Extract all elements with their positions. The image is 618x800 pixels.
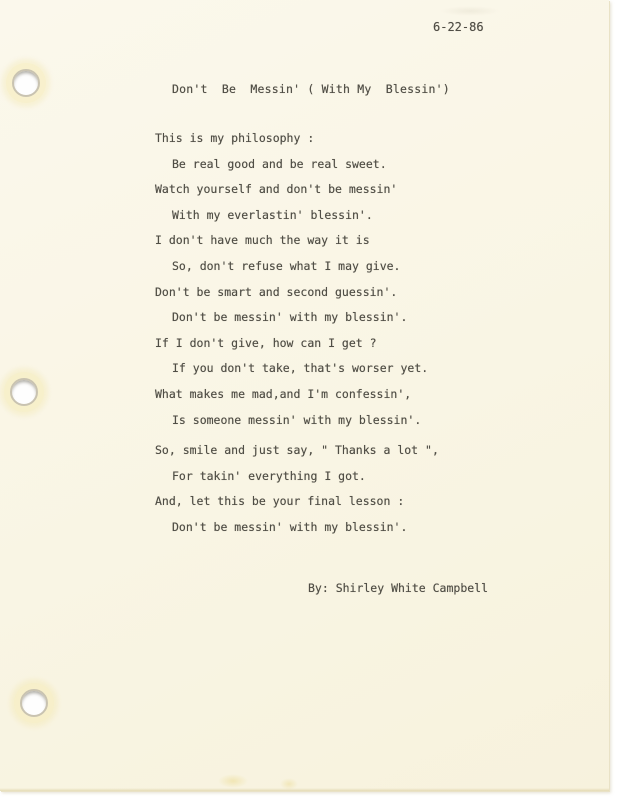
poem-line: Don't be messin' with my blessin'. xyxy=(155,305,439,331)
poem-line: Watch yourself and don't be messin' xyxy=(155,177,439,203)
poem-title: Don't Be Messin' ( With My Blessin') xyxy=(172,82,450,96)
poem-line: For takin' everything I got. xyxy=(155,464,439,490)
poem-line: Don't be messin' with my blessin'. xyxy=(155,515,439,541)
poem-line: If you don't take, that's worser yet. xyxy=(155,356,439,382)
stain-mark xyxy=(218,774,248,788)
stain-mark xyxy=(280,778,298,790)
poem-line: I don't have much the way it is xyxy=(155,228,439,254)
smudge-mark xyxy=(440,6,500,16)
punch-hole-bottom xyxy=(20,689,48,717)
poem-line: If I don't give, how can I get ? xyxy=(155,331,439,357)
punch-hole-middle xyxy=(10,378,38,406)
poem-line: So, smile and just say, " Thanks a lot "… xyxy=(155,438,439,464)
poem-line: So, don't refuse what I may give. xyxy=(155,254,439,280)
author-byline: By: Shirley White Campbell xyxy=(308,581,488,595)
poem-line: Be real good and be real sweet. xyxy=(155,152,439,178)
scanned-page-background: 6-22-86 Don't Be Messin' ( With My Bless… xyxy=(0,0,618,800)
poem-line: This is my philosophy : xyxy=(155,126,439,152)
poem-line: What makes me mad,and I'm confessin', xyxy=(155,382,439,408)
poem-line: Don't be smart and second guessin'. xyxy=(155,280,439,306)
poem-line: Is someone messin' with my blessin'. xyxy=(155,408,439,434)
paper-sheet: 6-22-86 Don't Be Messin' ( With My Bless… xyxy=(0,0,609,791)
punch-hole-top xyxy=(12,69,40,97)
handwritten-date: 6-22-86 xyxy=(433,20,484,34)
poem-body: This is my philosophy : Be real good and… xyxy=(155,126,439,541)
poem-line: With my everlastin' blessin'. xyxy=(155,203,439,229)
poem-line: And, let this be your final lesson : xyxy=(155,489,439,515)
